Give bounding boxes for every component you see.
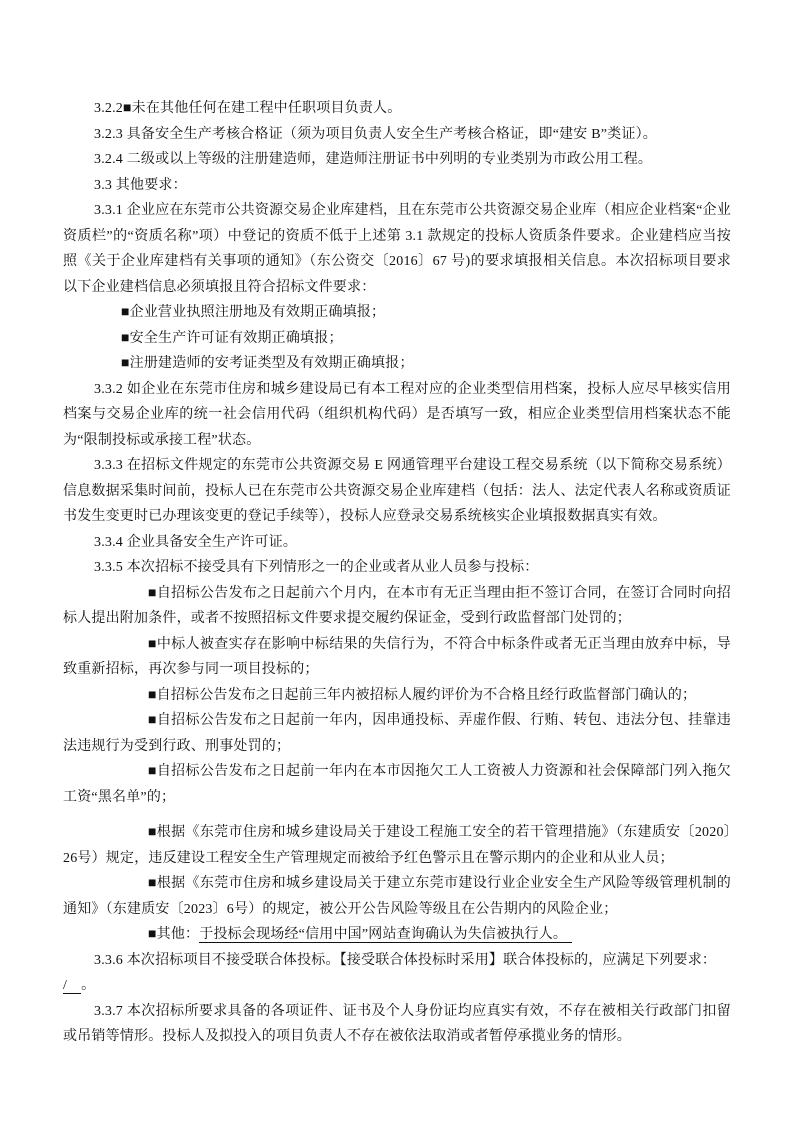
clause-3-2-4: 3.2.4 二级或以上等级的注册建造师，建造师注册证书中列明的专业类别为市政公用…: [63, 147, 731, 173]
clause-3-3-3: 3.3.3 在招标文件规定的东莞市公共资源交易 E 网通管理平台建设工程交易系统…: [63, 453, 731, 530]
excluded-other-prefix: ■其他：: [148, 927, 199, 942]
filing-item-safety-permit: ■安全生产许可证有效期正确填报；: [63, 326, 731, 352]
excluded-case-failed-evaluation: ■自招标公告发布之日起前三年内被招标人履约评价为不合格且经行政监督部门确认的；: [63, 683, 731, 709]
filing-item-constructor-cert: ■注册建造师的安考证类型及有效期正确填报；: [63, 351, 731, 377]
excluded-case-collusion-penalty: ■自招标公告发布之日起前一年内，因串通投标、弄虚作假、行贿、转包、违法分包、挂靠…: [63, 708, 731, 759]
clause-3-2-3: 3.2.3 具备安全生产考核合格证（须为项目负责人安全生产考核合格证，即“建安 …: [63, 122, 731, 148]
excluded-case-red-warning: ■根据《东莞市住房和城乡建设局关于建设工程施工安全的若干管理措施》（东建质安〔2…: [63, 820, 731, 871]
blank-slash: /: [63, 978, 81, 994]
excluded-other-underlined-text: 于投标会现场经“信用中国”网站查询确认为失信被执行人。: [199, 927, 572, 943]
clause-3-3-heading: 3.3 其他要求：: [63, 173, 731, 199]
excluded-case-refuse-contract: ■自招标公告发布之日起前六个月内，在本市有无正当理由拒不签订合同，在签订合同时向…: [63, 581, 731, 632]
clause-3-3-4: 3.3.4 企业具备安全生产许可证。: [63, 530, 731, 556]
clause-3-3-5: 3.3.5 本次招标不接受具有下列情形之一的企业或者从业人员参与投标：: [63, 555, 731, 581]
joint-bid-blank-line: /。: [63, 973, 731, 999]
excluded-case-dishonest-winner: ■中标人被查实存在影响中标结果的失信行为，不符合中标条件或者无正当理由放弃中标，…: [63, 632, 731, 683]
excluded-case-wage-blacklist: ■自招标公告发布之日起前一年内在本市因拖欠工人工资被人力资源和社会保障部门列入拖…: [63, 759, 731, 810]
clause-3-2-2: 3.2.2■未在其他任何在建工程中任职项目负责人。: [63, 96, 731, 122]
clause-3-3-7: 3.3.7 本次招标所要求具备的各项证件、证书及个人身份证均应真实有效，不存在被…: [63, 999, 731, 1050]
excluded-case-other: ■其他：于投标会现场经“信用中国”网站查询确认为失信被执行人。: [63, 922, 731, 948]
clause-3-3-6: 3.3.6 本次招标项目不接受联合体投标。【接受联合体投标时采用】联合体投标的，…: [63, 948, 731, 974]
blank-period: 。: [81, 978, 95, 993]
clause-3-3-1: 3.3.1 企业应在东莞市公共资源交易企业库建档，且在东莞市公共资源交易企业库（…: [63, 198, 731, 300]
excluded-case-risk-level: ■根据《东莞市住房和城乡建设局关于建立东莞市建设行业企业安全生产风险等级管理机制…: [63, 871, 731, 922]
clause-3-3-2: 3.3.2 如企业在东莞市住房和城乡建设局已有本工程对应的企业类型信用档案，投标…: [63, 377, 731, 454]
filing-item-business-license: ■企业营业执照注册地及有效期正确填报；: [63, 300, 731, 326]
document-page: 3.2.2■未在其他任何在建工程中任职项目负责人。 3.2.3 具备安全生产考核…: [0, 0, 794, 1123]
